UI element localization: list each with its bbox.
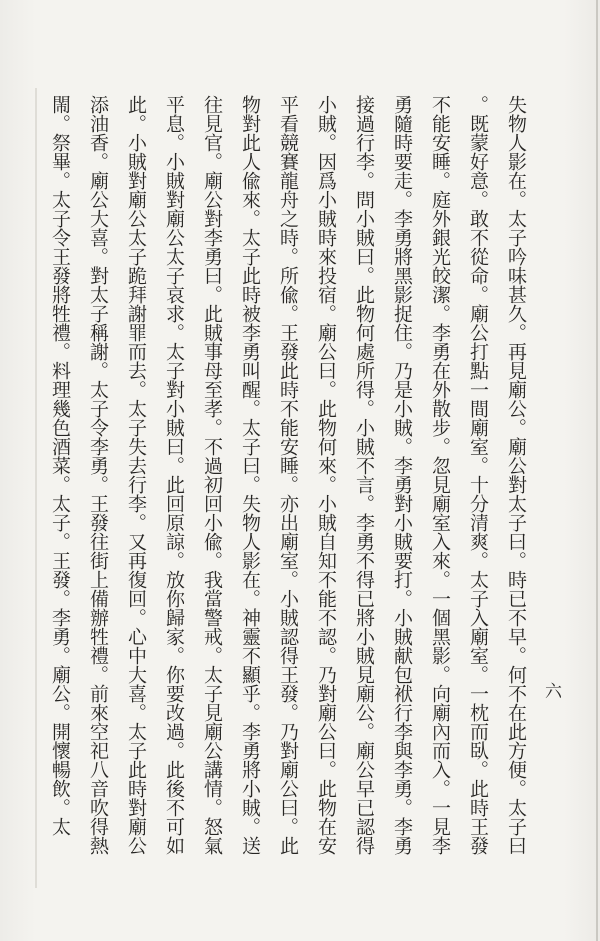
scan-artifact-left-edge bbox=[35, 88, 37, 888]
text-column: 小賊。因爲小賊時來投宿。廟公曰。此物何來。小賊自知不能不認。乃對廟公曰。此物在安 bbox=[315, 95, 335, 895]
scanned-page: 失物人影在。太子吟味甚久。再見廟公。廟公對太子曰。時已不早。何不在此方便。太子曰… bbox=[0, 0, 600, 941]
scan-artifact-right-edge bbox=[596, 0, 598, 941]
page-number: 六 bbox=[539, 682, 564, 699]
text-column: 不能安睡。庭外銀光皎潔。李勇在外散步。忽見廟室入來。一個黑影。向廟內而入。一見李 bbox=[429, 95, 449, 895]
text-column: 物對此人偸來。太子此時被李勇叫醒。太子曰。失物人影在。神靈不顯乎。李勇將小賊。送 bbox=[239, 95, 259, 895]
text-column: 往見官。廟公對李勇曰。此賊事母至孝。不過初回小偸。我當警戒。太子見廟公講情。怒氣 bbox=[201, 95, 221, 895]
text-column: 平息。小賊對廟公太子哀求。太子對小賊曰。此回原諒。放你歸家。你要改過。此後不可如 bbox=[163, 95, 183, 895]
text-column: 接過行李。問小賊曰。此物何處所得。小賊不言。李勇不得已將小賊見廟公。廟公早已認得 bbox=[353, 95, 373, 895]
text-column: 閙。祭畢。太子令王發將牲禮。料理幾色酒菜。太子。王發。李勇。廟公。開懷暢飲。太 bbox=[49, 95, 69, 895]
text-column: 此。小賊對廟公太子跪拜謝罪而去。太子失去行李。又再復回。心中大喜。太子此時對廟公 bbox=[125, 95, 145, 895]
text-column: 失物人影在。太子吟味甚久。再見廟公。廟公對太子曰。時已不早。何不在此方便。太子曰 bbox=[505, 95, 525, 895]
text-column: 。既蒙好意。敢不從命。廟公打點一間廟室。十分清爽。太子入廟室。一枕而臥。此時王發 bbox=[467, 95, 487, 895]
text-column: 添油香。廟公大喜。對太子稱謝。太子令李勇。王發往街上備辦牲禮。前來空祀八音吹得熱 bbox=[87, 95, 107, 895]
text-column: 勇隨時要走。李勇將黑影捉住。乃是小賊。李勇對小賊要打。小賊献包袱行李與李勇。李勇 bbox=[391, 95, 411, 895]
text-block: 失物人影在。太子吟味甚久。再見廟公。廟公對太子曰。時已不早。何不在此方便。太子曰… bbox=[55, 95, 525, 895]
text-column: 平看競賽龍舟之時。所偸。王發此時不能安睡。亦出廟室。小賊認得王發。乃對廟公曰。此 bbox=[277, 95, 297, 895]
